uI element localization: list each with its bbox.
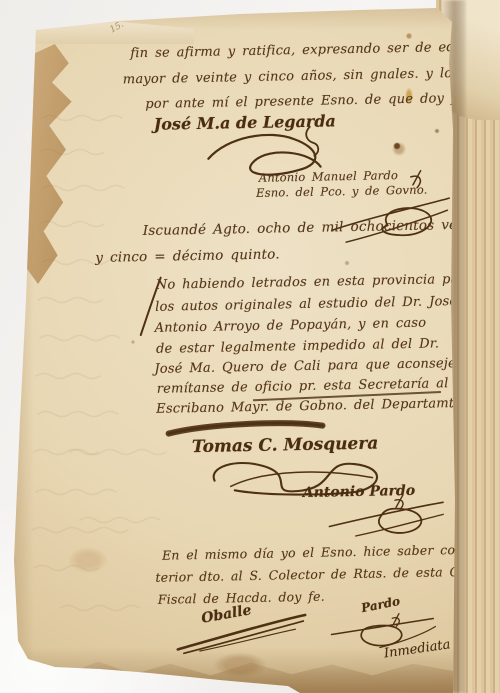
folio-mark: 15. [108,20,125,36]
manuscript-line: fin se afirma y ratifica, expresando ser… [130,40,471,62]
manuscript-line: En el mismo día yo el Esno. hice saber c… [162,541,500,563]
manuscript-line: terior dto. al S. Colector de Rtas. de e… [155,563,500,585]
manuscript-page: 15. fin se afirma y ratifica, expresando… [0,0,500,693]
rubric-flourish-oballe [173,611,310,656]
manuscript-line: de estar legalmente impedido al del Dr. [156,336,439,356]
photo-background: 15. fin se afirma y ratifica, expresando… [0,0,500,693]
handwritten-content: 15. fin se afirma y ratifica, expresando… [0,0,500,693]
manuscript-line: mayor de veinte y cinco años, sin gnales… [123,65,496,87]
rubric-flourish-antonio-pardo [325,492,448,540]
manuscript-line: Escribano Mayr. de Gobno. del Departamto… [156,396,466,417]
manuscript-line: los autos originales al estudio del Dr. … [155,294,457,315]
signature-pardo-bottom: Pardo [360,594,401,615]
manuscript-line: No habiendo letrados en esta provincia p… [156,272,482,293]
manuscript-line: José Ma. Quero de Cali para que aconseje… [154,356,479,377]
manuscript-line: por ante mí el presente Esno. de que doy… [145,91,468,112]
dateline-line: y cinco = décimo quinto. [95,246,280,266]
manuscript-line: Antonio Arroyo de Popayán, y en caso [154,316,426,336]
